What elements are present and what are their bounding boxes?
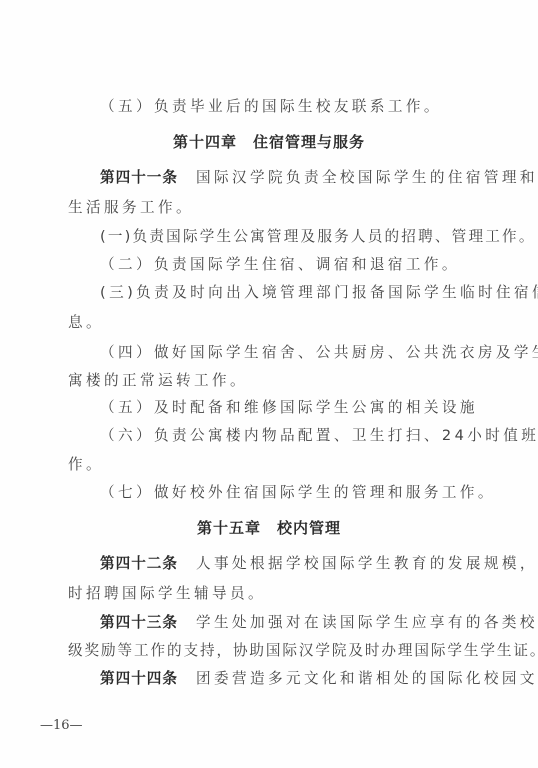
article-text: 学生处加强对在读国际学生应享有的各类校 xyxy=(196,614,538,631)
list-item-cont: 息。 xyxy=(68,313,538,333)
list-item: （七）做好校外住宿国际学生的管理和服务工作。 xyxy=(100,483,538,503)
article-label: 第四十四条 xyxy=(100,670,178,687)
list-item: (三)负责及时向出入境管理部门报备国际学生临时住宿信 xyxy=(100,283,538,303)
article-label: 第四十二条 xyxy=(100,555,178,572)
list-item-cont: 寓楼的正常运转工作。 xyxy=(68,371,538,391)
article-label: 第四十一条 xyxy=(100,169,178,186)
page-number: —16— xyxy=(40,718,83,733)
list-item: （五）负责毕业后的国际生校友联系工作。 xyxy=(100,97,538,117)
article-41: 第四十一条国际汉学院负责全校国际学生的住宿管理和 xyxy=(100,168,538,188)
list-item: （六）负责公寓楼内物品配置、卫生打扫、24小时值班工 xyxy=(100,426,538,446)
list-item: （二）负责国际学生住宿、调宿和退宿工作。 xyxy=(100,255,538,275)
article-44: 第四十四条团委营造多元文化和谐相处的国际化校园文 xyxy=(100,669,538,689)
chapter-heading: 第十四章住宿管理与服务 xyxy=(0,132,538,152)
article-text-cont: 生活服务工作。 xyxy=(68,198,538,218)
article-text: 人事处根据学校国际学生教育的发展规模，及 xyxy=(196,555,538,572)
chapter-number: 第十四章 xyxy=(173,133,237,151)
article-text: 国际汉学院负责全校国际学生的住宿管理和 xyxy=(196,169,538,186)
list-item: （四）做好国际学生宿舍、公共厨房、公共洗衣房及学生公 xyxy=(100,343,538,363)
chapter-number: 第十五章 xyxy=(197,519,261,537)
list-item: （五）及时配备和维修国际学生公寓的相关设施 xyxy=(100,398,538,418)
article-43: 第四十三条学生处加强对在读国际学生应享有的各类校 xyxy=(100,613,538,633)
article-42: 第四十二条人事处根据学校国际学生教育的发展规模，及 xyxy=(100,554,538,574)
chapter-title: 住宿管理与服务 xyxy=(253,133,365,151)
article-text-cont: 时招聘国际学生辅导员。 xyxy=(68,584,538,604)
chapter-title: 校内管理 xyxy=(277,519,341,537)
list-item: (一)负责国际学生公寓管理及服务人员的招聘、管理工作。 xyxy=(100,227,538,247)
chapter-heading: 第十五章校内管理 xyxy=(0,518,538,538)
article-label: 第四十三条 xyxy=(100,614,178,631)
list-item-cont: 作。 xyxy=(68,455,538,475)
article-text: 团委营造多元文化和谐相处的国际化校园文 xyxy=(196,670,538,687)
article-text-cont: 级奖励等工作的支持，协助国际汉学院及时办理国际学生学生证。 xyxy=(68,641,538,661)
